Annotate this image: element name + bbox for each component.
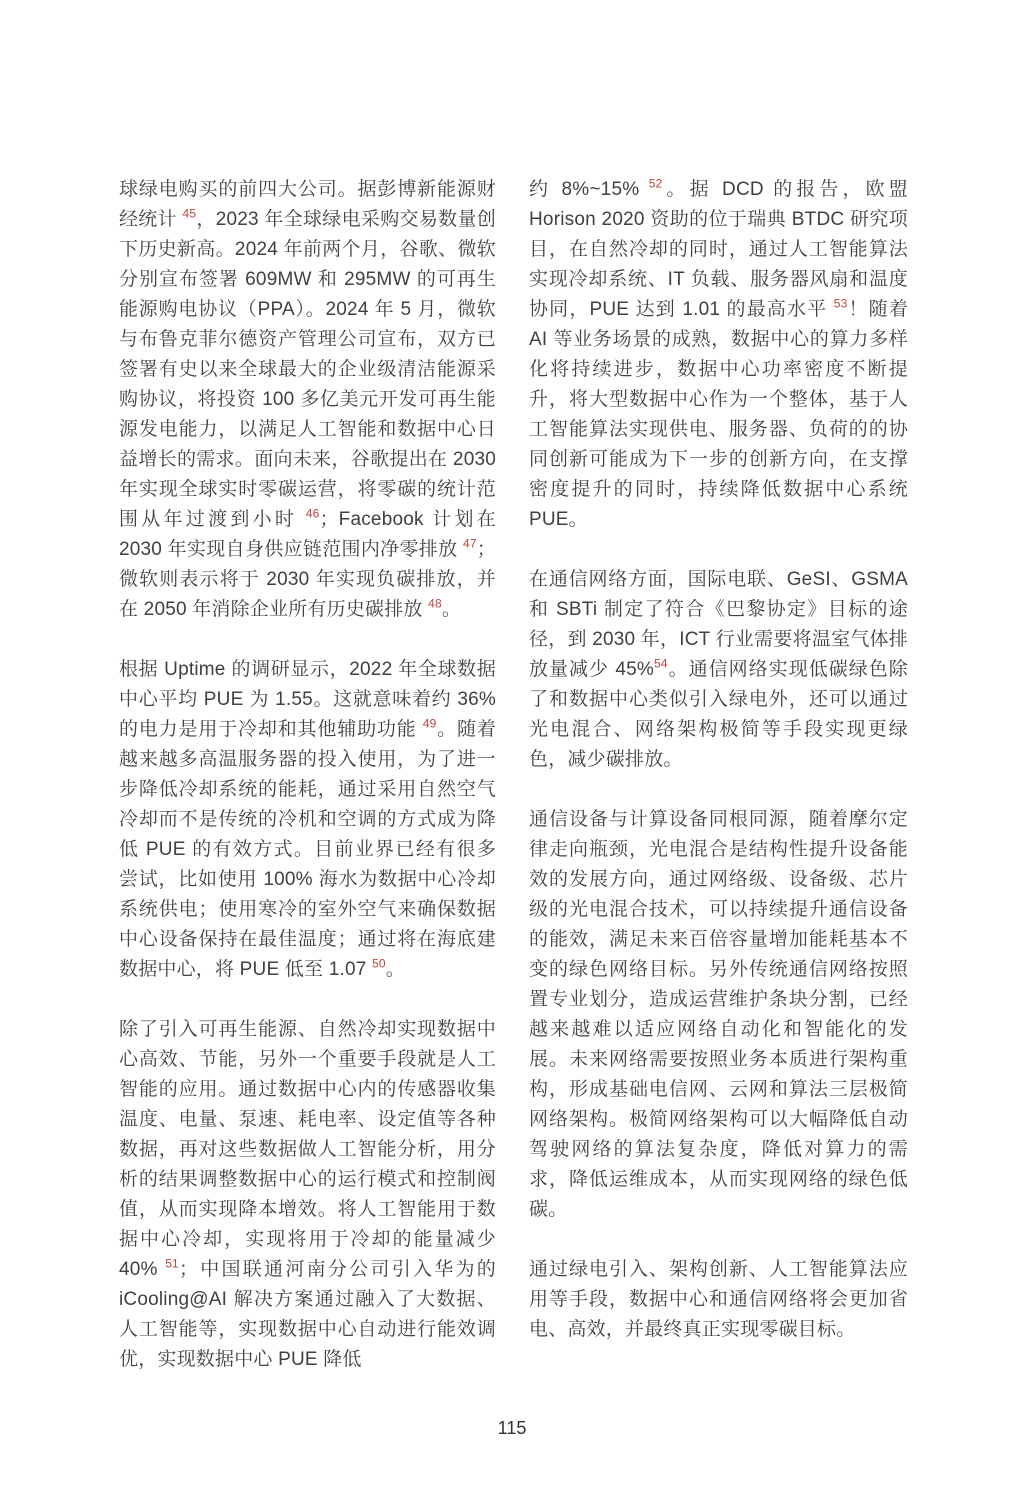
text-run: 。随着越来越多高温服务器的投入使用，为了进一步降低冷却系统的能耗，通过采用自然空… [119,719,496,980]
footnote-ref: 53 [834,297,848,311]
footnote-ref: 46 [306,507,320,521]
text-run: 通信设备与计算设备同根同源，随着摩尔定律走向瓶颈，光电混合是结构性提升设备能效的… [529,809,908,1220]
text-run: 除了引入可再生能源、自然冷却实现数据中心高效、节能，另外一个重要手段就是人工智能… [119,1019,496,1280]
paragraph: 球绿电购买的前四大公司。据彭博新能源财经统计 45，2023 年全球绿电采购交易… [119,175,496,625]
left-text-column: 球绿电购买的前四大公司。据彭博新能源财经统计 45，2023 年全球绿电采购交易… [119,175,496,1375]
text-run: ！随着 AI 等业务场景的成熟，数据中心的算力多样化将持续进步，数据中心功率密度… [529,299,908,530]
paragraph: 约 8%~15% 52。据 DCD 的报告，欧盟 Horison 2020 资助… [529,175,908,535]
text-run: ；中国联通河南分公司引入华为的 iCooling@AI 解决方案通过融入了大数据… [119,1259,496,1370]
page-number: 115 [0,1416,1024,1440]
text-run: 。 [442,599,461,620]
text-run: 约 8%~15% [529,179,649,200]
paragraph: 通过绿电引入、架构创新、人工智能算法应用等手段，数据中心和通信网络将会更加省电、… [529,1255,908,1345]
footnote-ref: 54 [654,657,668,671]
paragraph: 除了引入可再生能源、自然冷却实现数据中心高效、节能，另外一个重要手段就是人工智能… [119,1015,496,1375]
paragraph: 通信设备与计算设备同根同源，随着摩尔定律走向瓶颈，光电混合是结构性提升设备能效的… [529,805,908,1225]
paragraph: 在通信网络方面，国际电联、GeSI、GSMA 和 SBTi 制定了符合《巴黎协定… [529,565,908,775]
paragraph: 根据 Uptime 的调研显示，2022 年全球数据中心平均 PUE 为 1.5… [119,655,496,985]
text-run: ，2023 年全球绿电采购交易数量创下历史新高。2024 年前两个月，谷歌、微软… [119,209,496,530]
footnote-ref: 51 [165,1257,179,1271]
footnote-ref: 47 [463,537,477,551]
text-run: 。 [386,959,405,980]
text-run: 通过绿电引入、架构创新、人工智能算法应用等手段，数据中心和通信网络将会更加省电、… [529,1259,908,1340]
document-page: 球绿电购买的前四大公司。据彭博新能源财经统计 45，2023 年全球绿电采购交易… [0,0,1024,1496]
footnote-ref: 49 [423,717,437,731]
footnote-ref: 50 [372,957,386,971]
right-text-column: 约 8%~15% 52。据 DCD 的报告，欧盟 Horison 2020 资助… [529,175,908,1345]
footnote-ref: 45 [183,207,197,221]
footnote-ref: 48 [428,597,442,611]
footnote-ref: 52 [649,177,663,191]
